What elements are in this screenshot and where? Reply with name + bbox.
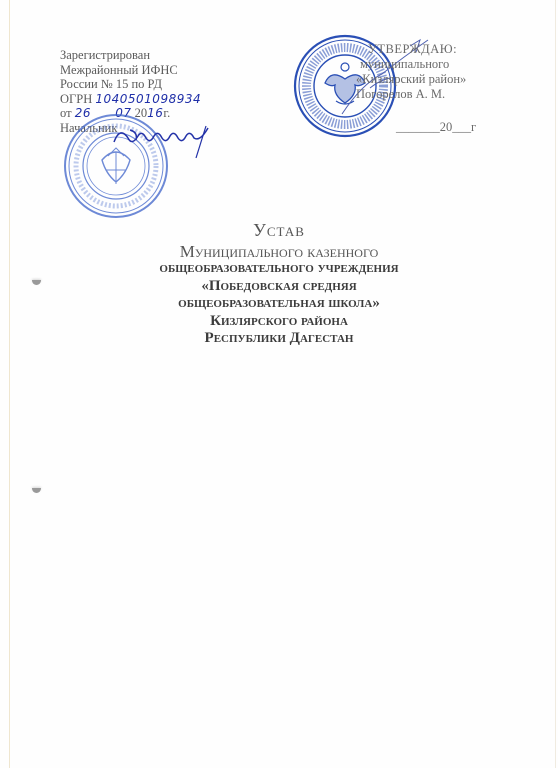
document-title-block: Устав Муниципального казенного общеобраз… xyxy=(0,222,558,348)
title-line: общеобразовательная школа» xyxy=(0,295,558,313)
title-line: общеобразовательного учреждения xyxy=(0,260,558,278)
punch-hole-bottom xyxy=(32,488,41,493)
registration-line: Межрайонный ИФНС xyxy=(60,63,201,78)
title-line: Республики Дагестан xyxy=(0,330,558,348)
approval-line: муниципального xyxy=(356,57,476,72)
registrar-signature-icon xyxy=(110,120,220,160)
title-line: Муниципального казенного xyxy=(0,243,558,261)
title-line: «Победовская средняя xyxy=(0,278,558,296)
page-edge-left xyxy=(9,0,10,768)
ogrn-label: ОГРН xyxy=(60,92,92,106)
registration-line: Зарегистрирован xyxy=(60,48,201,63)
approval-date: _______20___г xyxy=(356,120,476,135)
page-edge-right xyxy=(555,0,556,768)
registration-line: России № 15 по РД xyxy=(60,77,201,92)
document-title: Устав xyxy=(0,222,558,240)
ogrn-line: ОГРН 1040501098934 xyxy=(60,92,201,107)
approval-block: УТВЕРЖДАЮ: муниципального «Кизлярский ра… xyxy=(356,42,476,135)
ogrn-value: 1040501098934 xyxy=(95,92,201,106)
approval-line: «Кизлярский район» xyxy=(356,72,476,87)
approver-name: Погорелов А. М. xyxy=(356,87,476,102)
approval-heading: УТВЕРЖДАЮ: xyxy=(356,42,476,57)
scanned-document-page: Зарегистрирован Межрайонный ИФНС России … xyxy=(0,0,558,768)
title-line: Кизлярского района xyxy=(0,313,558,331)
